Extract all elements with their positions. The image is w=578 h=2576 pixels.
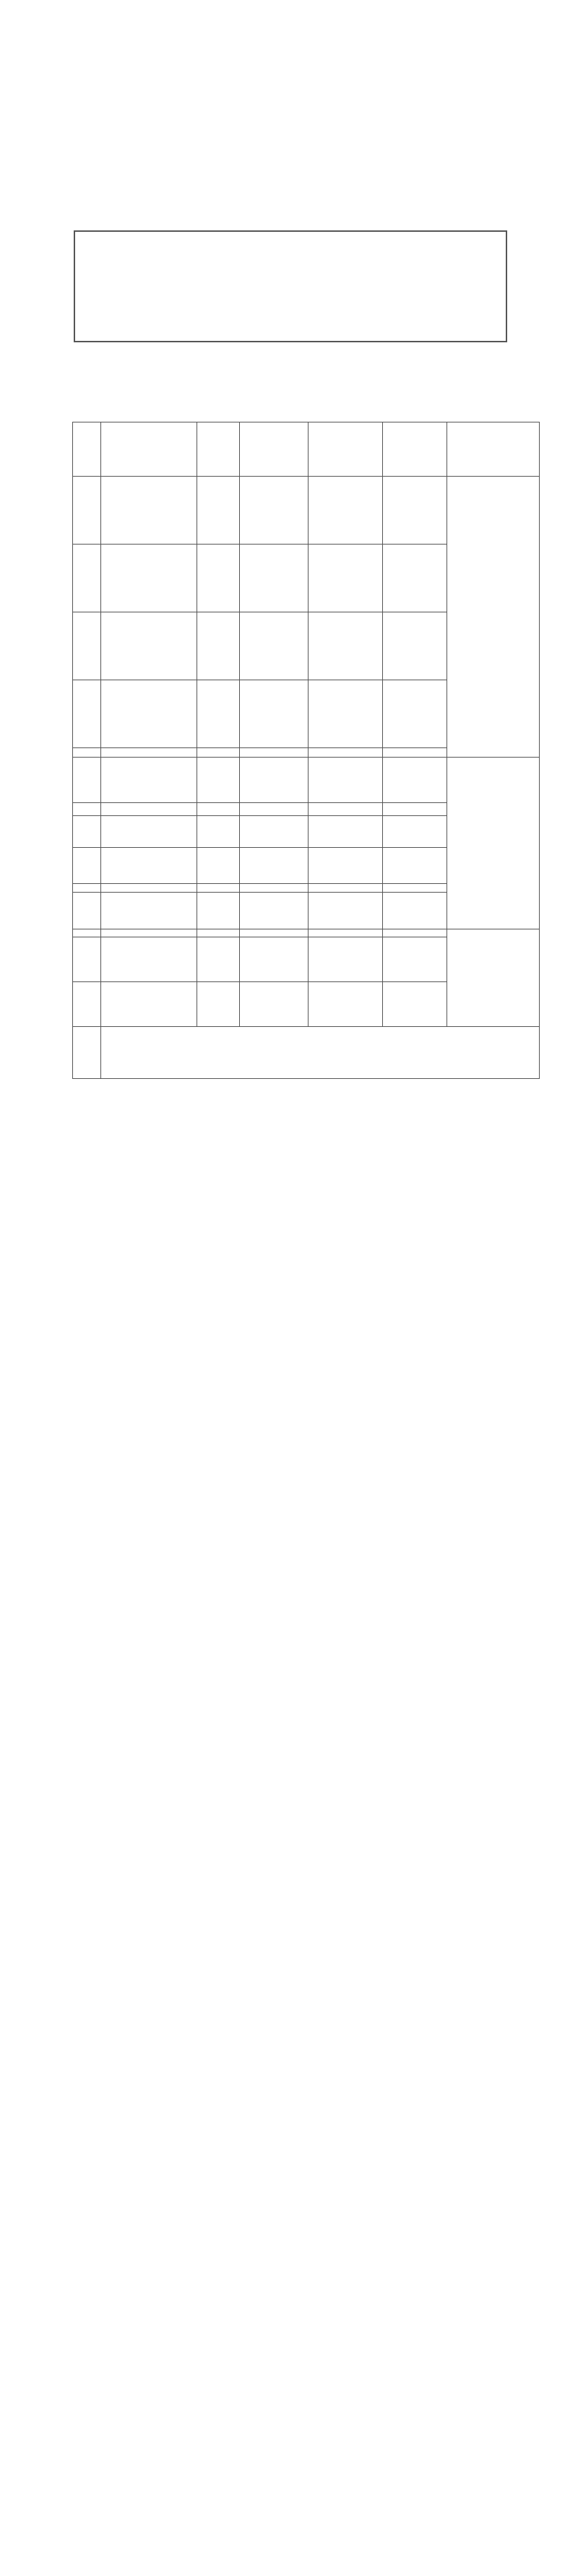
cell-max-unit — [309, 545, 383, 612]
cell-max-unit — [309, 758, 383, 803]
cell-subtotal — [383, 803, 447, 848]
cell-spec-empty — [447, 758, 540, 1027]
cell-budget-unit — [240, 893, 309, 937]
cell-qty — [197, 612, 240, 680]
cell-qty — [197, 937, 240, 982]
cell-no — [73, 545, 101, 612]
project-overview-box — [74, 230, 507, 342]
cell-budget-unit — [240, 982, 309, 1027]
cell-budget-unit — [240, 848, 309, 893]
cell-qty — [197, 758, 240, 803]
remark-cell — [101, 1027, 540, 1079]
cell-no — [73, 680, 101, 748]
cell-max-unit — [309, 982, 383, 1027]
cell-max-unit — [309, 477, 383, 545]
cell-no — [73, 937, 101, 982]
cell-item — [101, 545, 197, 612]
cell-item — [101, 803, 197, 848]
cell-no — [73, 893, 101, 937]
table-row — [73, 477, 540, 545]
cell-max-unit — [309, 803, 383, 848]
cell-item — [101, 612, 197, 680]
cell-subtotal — [383, 758, 447, 803]
cell-item — [101, 680, 197, 748]
cell-qty — [197, 848, 240, 893]
table-remark-row — [73, 1027, 540, 1079]
cell-no — [73, 612, 101, 680]
cell-budget-unit — [240, 477, 309, 545]
cell-subtotal — [383, 680, 447, 748]
cell-budget-unit — [240, 758, 309, 803]
cell-qty — [197, 982, 240, 1027]
cell-qty — [197, 803, 240, 848]
header-item — [101, 422, 197, 477]
cell-item — [101, 848, 197, 893]
table-row — [73, 758, 540, 803]
cell-item — [101, 758, 197, 803]
header-spec — [447, 422, 540, 477]
cell-budget-unit — [240, 680, 309, 748]
cell-budget-unit — [240, 937, 309, 982]
cell-subtotal — [383, 937, 447, 982]
cell-item — [101, 937, 197, 982]
cell-no — [73, 848, 101, 893]
cell-max-unit — [309, 848, 383, 893]
cell-subtotal — [383, 612, 447, 680]
table-header-row — [73, 422, 540, 477]
cell-qty — [197, 680, 240, 748]
cell-budget-unit — [240, 612, 309, 680]
cell-no — [73, 758, 101, 803]
header-qty — [197, 422, 240, 477]
cell-subtotal — [383, 545, 447, 612]
cell-no — [73, 803, 101, 848]
cell-max-unit — [309, 893, 383, 937]
cell-qty — [197, 545, 240, 612]
cell-subtotal — [383, 848, 447, 893]
header-max-unit — [309, 422, 383, 477]
header-budget-unit — [240, 422, 309, 477]
remark-label — [73, 1027, 101, 1079]
cell-no — [73, 477, 101, 545]
cell-subtotal — [383, 477, 447, 545]
header-subtotal — [383, 422, 447, 477]
cell-no — [73, 982, 101, 1027]
header-no — [73, 422, 101, 477]
cell-item — [101, 893, 197, 937]
cell-item — [101, 982, 197, 1027]
cell-max-unit — [309, 612, 383, 680]
cell-budget-unit — [240, 545, 309, 612]
requirements-table-part2 — [72, 757, 540, 1079]
cell-qty — [197, 893, 240, 937]
cell-max-unit — [309, 680, 383, 748]
cell-item — [101, 477, 197, 545]
cell-subtotal — [383, 982, 447, 1027]
cell-subtotal — [383, 893, 447, 937]
cell-max-unit — [309, 937, 383, 982]
cell-budget-unit — [240, 803, 309, 848]
cell-qty — [197, 477, 240, 545]
